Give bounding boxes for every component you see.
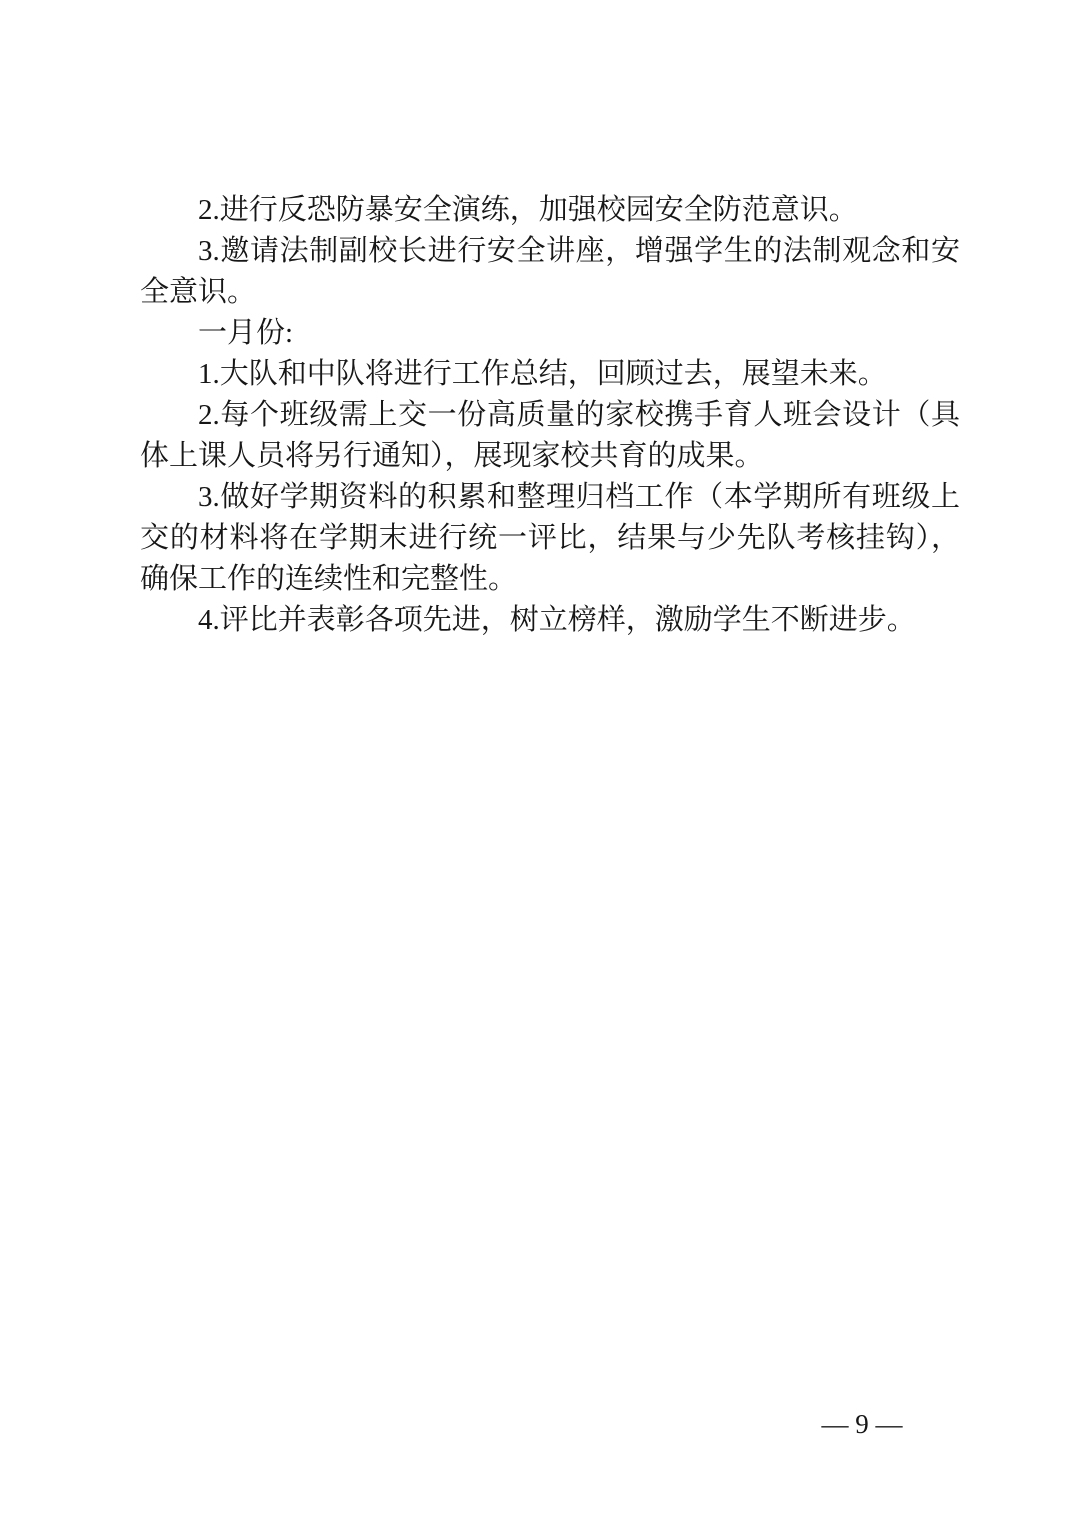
doc-line: 2.每个班级需上交一份高质量的家校携手育人班会设计（具 [140,395,960,436]
doc-line: 4.评比并表彰各项先进，树立榜样，激励学生不断进步。 [140,600,960,641]
doc-line: 一月份: [140,313,960,354]
scanned-document-page: 2.进行反恐防暴安全演练，加强校园安全防范意识。 3.邀请法制副校长进行安全讲座… [0,0,1080,1527]
doc-line: 体上课人员将另行通知），展现家校共育的成果。 [140,436,960,477]
document-text-block: 2.进行反恐防暴安全演练，加强校园安全防范意识。 3.邀请法制副校长进行安全讲座… [140,190,960,641]
doc-line: 1.大队和中队将进行工作总结，回顾过去，展望未来。 [140,354,960,395]
doc-line: 2.进行反恐防暴安全演练，加强校园安全防范意识。 [140,190,960,231]
doc-line: 确保工作的连续性和完整性。 [140,559,960,600]
doc-line: 全意识。 [140,272,960,313]
doc-line: 3.邀请法制副校长进行安全讲座，增强学生的法制观念和安 [140,231,960,272]
page-number: — 9 — [812,1406,912,1442]
doc-line: 3.做好学期资料的积累和整理归档工作（本学期所有班级上 [140,477,960,518]
doc-line: 交的材料将在学期末进行统一评比，结果与少先队考核挂钩）， [140,518,960,559]
